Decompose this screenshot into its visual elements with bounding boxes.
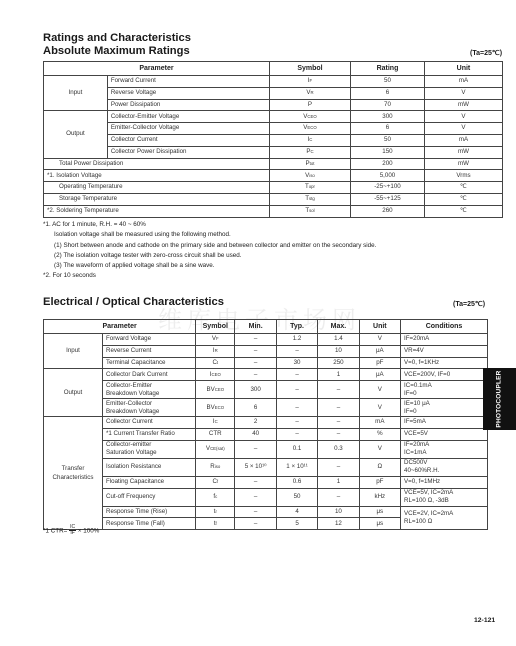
footnote-line: (3) The waveform of applied voltage shal…	[43, 261, 376, 271]
typ-cell: –	[276, 417, 317, 429]
conditions-cell: DC500V40~60%R.H.	[401, 458, 488, 476]
param-cell: Forward Voltage	[102, 334, 195, 346]
symbol-cell: Viso	[269, 170, 350, 182]
symbol-cell: BVCEO	[196, 381, 235, 399]
param-cell: Cut-off Frequency	[102, 488, 195, 506]
conditions-cell: IF=20mAIC=1mA	[401, 440, 488, 458]
param-cell: Reverse Current	[102, 345, 195, 357]
max-cell: 10	[318, 345, 359, 357]
min-cell: –	[235, 476, 276, 488]
max-cell: –	[318, 488, 359, 506]
rating-cell: -55~+125	[350, 193, 424, 205]
unit-cell: μs	[359, 506, 400, 518]
min-cell: –	[235, 334, 276, 346]
symbol-cell: Ptot	[269, 158, 350, 170]
typ-cell: 30	[276, 357, 317, 369]
section-heading: Ratings and Characteristics	[43, 32, 191, 44]
conditions-cell: VCE=2V, IC=2mARL=100 Ω	[401, 506, 488, 530]
max-cell: –	[318, 428, 359, 440]
unit-cell: V	[359, 440, 400, 458]
col-header: Parameter	[44, 320, 196, 334]
page-number: 12-121	[474, 617, 495, 624]
param-cell: Collector Current	[102, 417, 195, 429]
param-cell: *1. Isolation Voltage	[44, 170, 270, 182]
min-cell: –	[235, 357, 276, 369]
ctr-formula: *1 CTR= ICIF × 100%	[43, 525, 99, 537]
table-row: Isolation Resistance Riso 5 × 10¹⁰ 1 × 1…	[44, 458, 488, 476]
col-header: Rating	[350, 62, 424, 76]
unit-cell: mW	[424, 99, 502, 111]
footnote-line: (1) Short between anode and cathode on t…	[43, 241, 376, 251]
param-cell: Terminal Capacitance	[102, 357, 195, 369]
symbol-cell: Ct	[196, 357, 235, 369]
typ-cell: –	[276, 369, 317, 381]
symbol-cell: BVECO	[196, 399, 235, 417]
rating-cell: 260	[350, 205, 424, 217]
unit-cell: V	[424, 111, 502, 123]
table-row: *1. Isolation VoltageViso5,000Vrms	[44, 170, 503, 182]
absolute-maximum-ratings-table: Parameter Symbol Rating Unit InputForwar…	[43, 61, 503, 218]
rating-cell: 200	[350, 158, 424, 170]
unit-cell: kHz	[359, 488, 400, 506]
typ-cell: 0.6	[276, 476, 317, 488]
table-row: Collector Power DissipationPC150mW	[44, 146, 503, 158]
unit-cell: V	[359, 399, 400, 417]
symbol-cell: Cf	[196, 476, 235, 488]
symbol-cell: tf	[196, 518, 235, 530]
typ-cell: –	[276, 381, 317, 399]
table-row: Operating TemperatureTopr-25~+100℃	[44, 182, 503, 194]
col-header: Conditions	[401, 320, 488, 334]
rating-cell: 50	[350, 76, 424, 88]
min-cell: –	[235, 440, 276, 458]
group-label: Transfer Characteristics	[44, 417, 103, 530]
param-cell: Floating Capacitance	[102, 476, 195, 488]
amr-ta-note: (Ta=25℃)	[470, 49, 502, 57]
symbol-cell: ICEO	[196, 369, 235, 381]
col-header: Unit	[424, 62, 502, 76]
max-cell: 250	[318, 357, 359, 369]
param-cell: Collector Dark Current	[102, 369, 195, 381]
unit-cell: ℃	[424, 193, 502, 205]
table-row: Response Time (Rise) tr – 4 10 μs VCE=2V…	[44, 506, 488, 518]
col-header: Min.	[235, 320, 276, 334]
typ-cell: –	[276, 428, 317, 440]
max-cell: 12	[318, 518, 359, 530]
rating-cell: 70	[350, 99, 424, 111]
unit-cell: μA	[359, 345, 400, 357]
param-cell: Power Dissipation	[107, 99, 269, 111]
unit-cell: mA	[359, 417, 400, 429]
param-cell: Reverse Voltage	[107, 87, 269, 99]
col-header: Unit	[359, 320, 400, 334]
col-header: Typ.	[276, 320, 317, 334]
unit-cell: V	[359, 334, 400, 346]
unit-cell: μs	[359, 518, 400, 530]
unit-cell: mW	[424, 158, 502, 170]
rating-cell: 6	[350, 123, 424, 135]
unit-cell: mA	[424, 76, 502, 88]
table-row: Terminal Capacitance Ct – 30 250 pF V=0,…	[44, 357, 488, 369]
table-row: Input Forward Voltage VF – 1.2 1.4 V IF=…	[44, 334, 488, 346]
symbol-cell: tr	[196, 506, 235, 518]
typ-cell: 1.2	[276, 334, 317, 346]
table-row: Collector-emitterSaturation Voltage VCE(…	[44, 440, 488, 458]
table-header-row: Parameter Symbol Rating Unit	[44, 62, 503, 76]
max-cell: 10	[318, 506, 359, 518]
param-cell: *2. Soldering Temperature	[44, 205, 270, 217]
symbol-cell: IR	[196, 345, 235, 357]
table-row: InputForward CurrentIF50mA	[44, 76, 503, 88]
table-row: Transfer Characteristics Collector Curre…	[44, 417, 488, 429]
table-row: Floating Capacitance Cf – 0.6 1 pF V=0, …	[44, 476, 488, 488]
param-cell: *1 Current Transfer Ratio	[102, 428, 195, 440]
typ-cell: 5	[276, 518, 317, 530]
unit-cell: Ω	[359, 458, 400, 476]
symbol-cell: Tstg	[269, 193, 350, 205]
symbol-cell: IC	[196, 417, 235, 429]
symbol-cell: PC	[269, 146, 350, 158]
symbol-cell: Topr	[269, 182, 350, 194]
table-row: Reverse Current IR – – 10 μA VR=4V	[44, 345, 488, 357]
max-cell: 0.3	[318, 440, 359, 458]
param-cell: Collector Power Dissipation	[107, 146, 269, 158]
table-row: Collector CurrentIC50mA	[44, 134, 503, 146]
symbol-cell: Riso	[196, 458, 235, 476]
conditions-cell: V=0, f=1MHz	[401, 476, 488, 488]
symbol-cell: VCE(sat)	[196, 440, 235, 458]
min-cell: –	[235, 518, 276, 530]
eoc-ta-note: (Ta=25℃)	[453, 300, 485, 308]
symbol-cell: VF	[196, 334, 235, 346]
table-row: Reverse VoltageVR6V	[44, 87, 503, 99]
eoc-title: Electrical / Optical Characteristics	[43, 296, 224, 308]
footnote-line: *1. AC for 1 minute, R.H. = 40 ~ 60%	[43, 220, 376, 230]
table-row: Output Collector Dark Current ICEO – – 1…	[44, 369, 488, 381]
conditions-cell: VCE=5V	[401, 428, 488, 440]
unit-cell: V	[424, 87, 502, 99]
col-header: Max.	[318, 320, 359, 334]
param-cell: Collector Current	[107, 134, 269, 146]
rating-cell: 300	[350, 111, 424, 123]
typ-cell: 4	[276, 506, 317, 518]
footnote-line: Isolation voltage shall be measured usin…	[43, 230, 376, 240]
unit-cell: V	[359, 381, 400, 399]
table-row: OutputCollector-Emitter VoltageVCEO300V	[44, 111, 503, 123]
symbol-cell: fc	[196, 488, 235, 506]
symbol-cell: Tsol	[269, 205, 350, 217]
typ-cell: –	[276, 399, 317, 417]
conditions-cell: IE=10 μAIF=0	[401, 399, 488, 417]
param-cell: Storage Temperature	[44, 193, 270, 205]
typ-cell: –	[276, 345, 317, 357]
param-cell: Emitter-CollectorBreakdown Voltage	[102, 399, 195, 417]
max-cell: –	[318, 399, 359, 417]
typ-cell: 0.1	[276, 440, 317, 458]
col-header: Symbol	[269, 62, 350, 76]
max-cell: –	[318, 417, 359, 429]
col-header: Parameter	[44, 62, 270, 76]
rating-cell: 6	[350, 87, 424, 99]
footnote-line: (2) The isolation voltage tester with ze…	[43, 251, 376, 261]
symbol-cell: VCEO	[269, 111, 350, 123]
symbol-cell: IF	[269, 76, 350, 88]
table-row: Total Power DissipationPtot200mW	[44, 158, 503, 170]
max-cell: 1.4	[318, 334, 359, 346]
symbol-cell: CTR	[196, 428, 235, 440]
min-cell: 300	[235, 381, 276, 399]
param-cell: Emitter-Collector Voltage	[107, 123, 269, 135]
param-cell: Collector-emitterSaturation Voltage	[102, 440, 195, 458]
symbol-cell: P	[269, 99, 350, 111]
param-cell: Response Time (Rise)	[102, 506, 195, 518]
min-cell: 40	[235, 428, 276, 440]
param-cell: Total Power Dissipation	[44, 158, 270, 170]
symbol-cell: IC	[269, 134, 350, 146]
param-cell: Operating Temperature	[44, 182, 270, 194]
param-cell: Response Time (Fall)	[102, 518, 195, 530]
conditions-cell: IF=5mA	[401, 417, 488, 429]
unit-cell: mA	[424, 134, 502, 146]
table-row: *1 Current Transfer Ratio CTR 40 – – % V…	[44, 428, 488, 440]
conditions-cell: VCE=5V, IC=2mARL=100 Ω, -3dB	[401, 488, 488, 506]
param-cell: Forward Current	[107, 76, 269, 88]
group-label: Output	[44, 369, 103, 417]
table-row: Power DissipationP70mW	[44, 99, 503, 111]
table-header-row: Parameter Symbol Min. Typ. Max. Unit Con…	[44, 320, 488, 334]
max-cell: 1	[318, 369, 359, 381]
typ-cell: 1 × 10¹¹	[276, 458, 317, 476]
typ-cell: 50	[276, 488, 317, 506]
table-row: *2. Soldering TemperatureTsol260℃	[44, 205, 503, 217]
min-cell: 5 × 10¹⁰	[235, 458, 276, 476]
conditions-cell: IF=20mA	[401, 334, 488, 346]
table-row: Storage TemperatureTstg-55~+125℃	[44, 193, 503, 205]
min-cell: –	[235, 369, 276, 381]
min-cell: –	[235, 488, 276, 506]
rating-cell: -25~+100	[350, 182, 424, 194]
table-row: Cut-off Frequency fc – 50 – kHz VCE=5V, …	[44, 488, 488, 506]
group-label: Output	[44, 111, 108, 158]
unit-cell: %	[359, 428, 400, 440]
footnotes: *1. AC for 1 minute, R.H. = 40 ~ 60%Isol…	[43, 220, 376, 282]
rating-cell: 50	[350, 134, 424, 146]
amr-title: Absolute Maximum Ratings	[43, 45, 190, 57]
min-cell: –	[235, 345, 276, 357]
group-label: Input	[44, 76, 108, 111]
max-cell: 1	[318, 476, 359, 488]
unit-cell: ℃	[424, 182, 502, 194]
min-cell: 2	[235, 417, 276, 429]
symbol-cell: VR	[269, 87, 350, 99]
unit-cell: Vrms	[424, 170, 502, 182]
col-header: Symbol	[196, 320, 235, 334]
table-row: Emitter-CollectorBreakdown Voltage BVECO…	[44, 399, 488, 417]
rating-cell: 5,000	[350, 170, 424, 182]
param-cell: Collector-EmitterBreakdown Voltage	[102, 381, 195, 399]
rating-cell: 150	[350, 146, 424, 158]
param-cell: Isolation Resistance	[102, 458, 195, 476]
unit-cell: mW	[424, 146, 502, 158]
conditions-cell: V=0, f=1KHz	[401, 357, 488, 369]
unit-cell: V	[424, 123, 502, 135]
conditions-cell: IC=0.1mAIF=0	[401, 381, 488, 399]
table-row: Collector-EmitterBreakdown Voltage BVCEO…	[44, 381, 488, 399]
min-cell: 6	[235, 399, 276, 417]
unit-cell: μA	[359, 369, 400, 381]
max-cell: –	[318, 381, 359, 399]
unit-cell: pF	[359, 476, 400, 488]
footnote-line: *2. For 10 seconds	[43, 271, 376, 281]
param-cell: Collector-Emitter Voltage	[107, 111, 269, 123]
max-cell: –	[318, 458, 359, 476]
electrical-optical-characteristics-table: Parameter Symbol Min. Typ. Max. Unit Con…	[43, 319, 488, 530]
conditions-cell: VR=4V	[401, 345, 488, 357]
group-label: Input	[44, 334, 103, 369]
unit-cell: ℃	[424, 205, 502, 217]
symbol-cell: VECO	[269, 123, 350, 135]
unit-cell: pF	[359, 357, 400, 369]
conditions-cell: VCE=200V, IF=0	[401, 369, 488, 381]
min-cell: –	[235, 506, 276, 518]
section-side-tab: PHOTOCOUPLER	[483, 368, 516, 430]
table-row: Emitter-Collector VoltageVECO6V	[44, 123, 503, 135]
